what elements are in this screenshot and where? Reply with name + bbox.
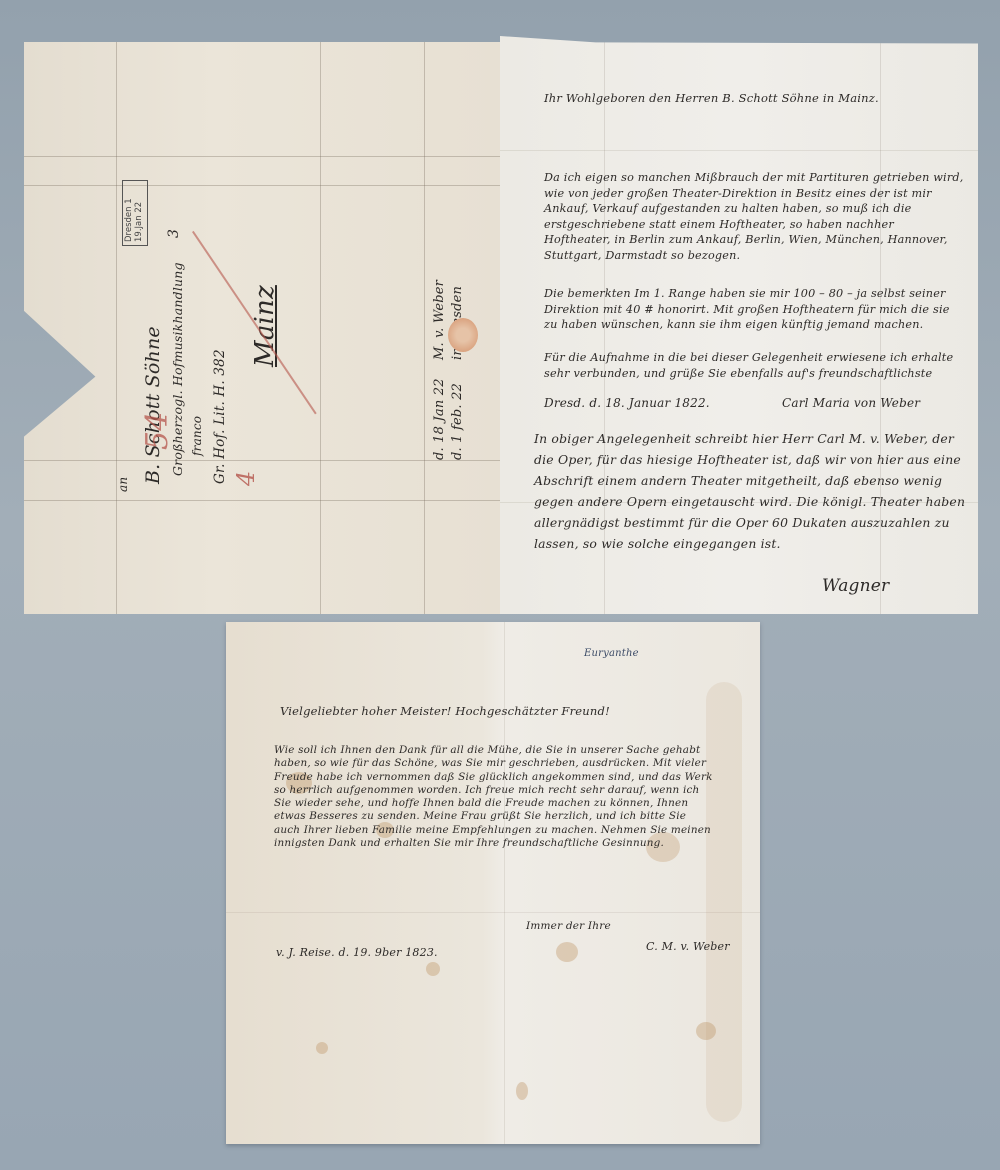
- letter-body: Wie soll ich Ihnen den Dank für all die …: [274, 744, 714, 850]
- address-sheet: Dresden 1 19.Jan 22 3 an B. Schott Söhne…: [24, 42, 500, 614]
- fold-line: [24, 185, 500, 186]
- letter-dateline: v. J. Reise. d. 19. 9ber 1823.: [276, 946, 438, 959]
- red-postage-mark: 54: [140, 411, 175, 450]
- letter-closing: Immer der Ihre: [526, 920, 611, 932]
- red-postage-number: 4: [232, 471, 260, 486]
- letter-header: Ihr Wohlgeboren den Herren B. Schott Söh…: [544, 91, 879, 105]
- letter-body-paragraph-2: Die bemerkten Im 1. Range haben sie mir …: [544, 286, 964, 333]
- letter-body-paragraph-1: Da ich eigen so manchen Mißbrauch der mi…: [544, 170, 964, 264]
- docket-date-answered: d. 1 feb. 22: [450, 383, 465, 460]
- docket-sender: M. v. Weber: [432, 280, 447, 360]
- letter-signature: Carl Maria von Weber: [782, 396, 920, 410]
- address-an: an: [116, 477, 130, 492]
- foxing-stain: [516, 1082, 528, 1100]
- postmark-line: Dresden 1: [124, 184, 134, 242]
- letter-body-paragraph-3: Für die Aufnahme in die bei dieser Geleg…: [544, 350, 964, 381]
- fold-line: [320, 42, 321, 614]
- letter-1823-sheet: Euryanthe Vielgeliebter hoher Meister! H…: [226, 622, 760, 1144]
- postmark-date: 19.Jan 22: [134, 184, 144, 242]
- fold-line: [504, 622, 505, 1144]
- wax-seal-remnant: [448, 318, 478, 352]
- fold-line: [24, 500, 500, 501]
- address-line-4: Gr. Hof. Lit. H. 382: [212, 349, 228, 484]
- fold-line: [24, 460, 500, 461]
- postmark-stamp: Dresden 1 19.Jan 22: [122, 180, 148, 246]
- fold-line: [24, 156, 500, 157]
- red-strike-line: [192, 231, 317, 415]
- letter-1822-sheet: Ihr Wohlgeboren den Herren B. Schott Söh…: [500, 36, 978, 614]
- postmark-number: 3: [166, 229, 182, 238]
- docket-date-received: d. 18 Jan 22: [432, 378, 447, 460]
- fold-line: [226, 912, 760, 913]
- address-recipient: B. Schott Söhne: [142, 326, 164, 484]
- foxing-stain: [316, 1042, 328, 1054]
- address-line-3: franco: [190, 416, 204, 456]
- fold-line: [116, 42, 117, 614]
- wagner-note: In obiger Angelegenheit schreibt hier He…: [534, 428, 968, 554]
- fold-line: [424, 42, 425, 614]
- foxing-stain: [556, 942, 578, 962]
- fold-line: [500, 150, 978, 151]
- top-note-title: Euryanthe: [584, 648, 639, 659]
- letter-signature: C. M. v. Weber: [646, 940, 730, 953]
- letter-dateline: Dresd. d. 18. Januar 1822.: [544, 396, 710, 410]
- letter-salutation: Vielgeliebter hoher Meister! Hochgeschät…: [280, 704, 610, 718]
- foxing-stain: [426, 962, 440, 976]
- wagner-signature: Wagner: [822, 576, 889, 596]
